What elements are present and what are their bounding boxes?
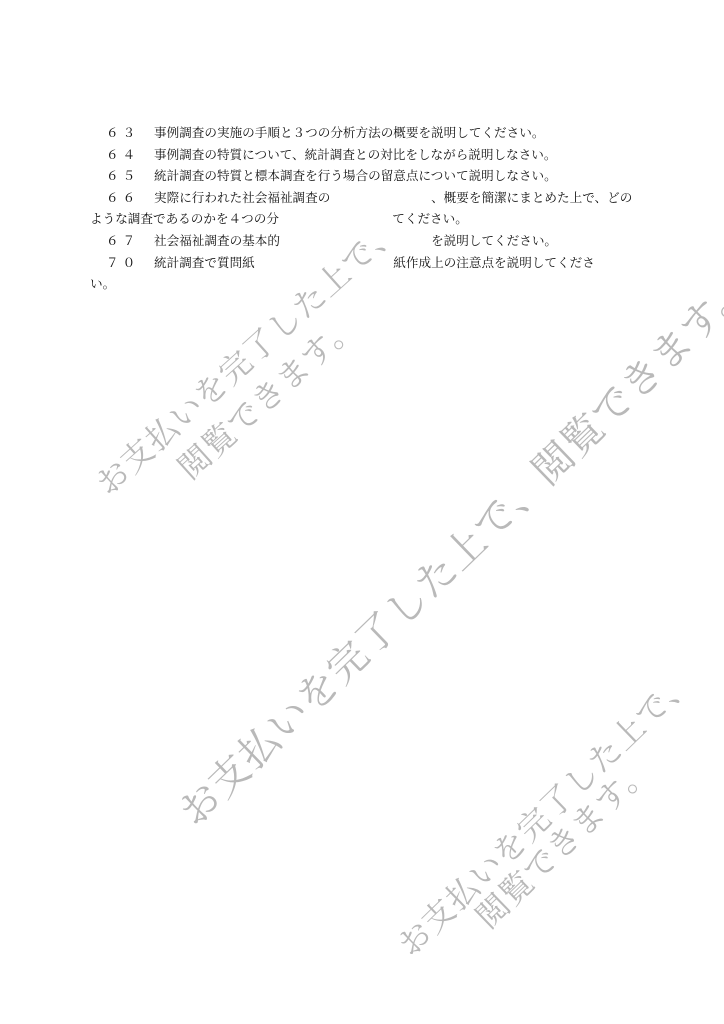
question-number: ６３ xyxy=(106,122,154,144)
document-page: ６３事例調査の実施の手順と３つの分析方法の概要を説明してください。 ６４事例調査… xyxy=(0,0,724,1024)
question-66: ６６実際に行われた社会福祉調査の 、概要を簡潔にまとめた上で、どの xyxy=(106,187,626,209)
question-number: ６４ xyxy=(106,144,154,166)
question-number: ７０ xyxy=(106,252,154,274)
question-number: ６５ xyxy=(106,165,154,187)
question-text: ような調査であるのかを４つの分 てください。 xyxy=(90,211,468,226)
question-text: 事例調査の実施の手順と３つの分析方法の概要を説明してください。 xyxy=(154,125,544,140)
question-text: い。 xyxy=(90,276,115,291)
question-63: ６３事例調査の実施の手順と３つの分析方法の概要を説明してください。 xyxy=(106,122,626,144)
question-text: 統計調査の特質と標本調査を行う場合の留意点について説明しなさい。 xyxy=(154,168,557,183)
watermark-payment-line1-bottom: お支払いを完了した上で、 xyxy=(388,660,703,966)
question-number: ６６ xyxy=(106,187,154,209)
question-text: 実際に行われた社会福祉調査の 、概要を簡潔にまとめた上で、どの xyxy=(154,190,632,205)
question-66-continuation: ような調査であるのかを４つの分 てください。 xyxy=(90,208,626,230)
question-65: ６５統計調査の特質と標本調査を行う場合の留意点について説明しなさい。 xyxy=(106,165,626,187)
question-text: 事例調査の特質について、統計調査との対比をしながら説明しなさい。 xyxy=(154,147,557,162)
question-number: ６７ xyxy=(106,230,154,252)
question-64: ６４事例調査の特質について、統計調査との対比をしながら説明しなさい。 xyxy=(106,144,626,166)
